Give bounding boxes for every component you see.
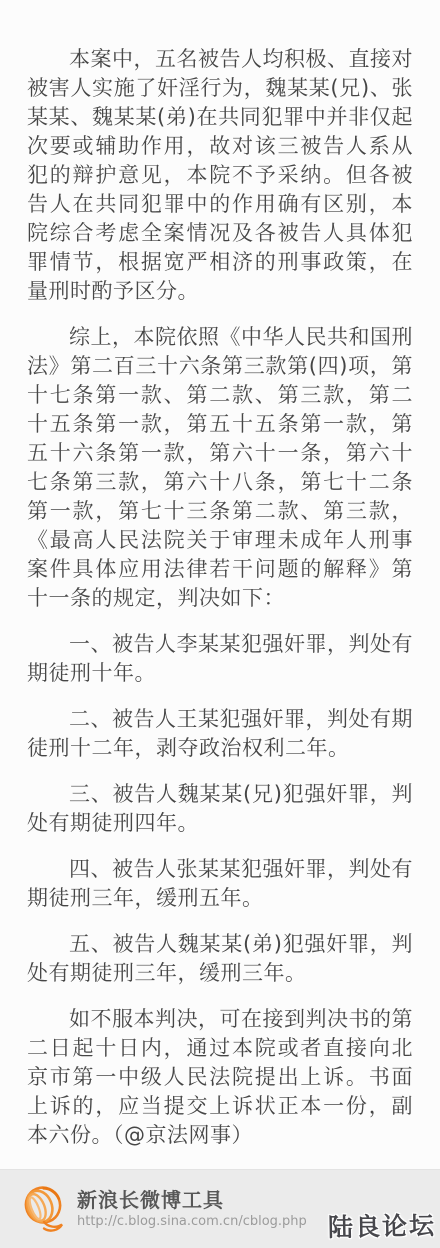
long-weibo-image: 本案中，五名被告人均积极、直接对被害人实施了奸淫行为，魏某某(兄)、张某某、魏某… xyxy=(0,0,440,1248)
paragraph-verdict-item-1: 一、被告人李某某犯强奸罪，判处有期徒刑十年。 xyxy=(27,630,413,688)
watermark: 陆良论坛 xyxy=(328,1206,437,1244)
paragraph-verdict-item-4: 四、被告人张某某犯强奸罪，判处有期徒刑三年，缓刑五年。 xyxy=(27,855,413,913)
app-name: 新浪长微博工具 xyxy=(77,1188,307,1212)
paragraph-appeal-notice: 如不服本判决，可在接到判决书的第二日起十日内，通过本院或者直接向北京市第一中级人… xyxy=(27,1005,413,1150)
footer-branding: 新浪长微博工具 http://c.blog.sina.com.cn/cblog.… xyxy=(77,1188,307,1230)
verdict-text: 本案中，五名被告人均积极、直接对被害人实施了奸淫行为，魏某某(兄)、张某某、魏某… xyxy=(27,45,413,1167)
paragraph-verdict-item-3: 三、被告人魏某某(兄)犯强奸罪，判处有期徒刑四年。 xyxy=(27,780,413,838)
paragraph-verdict-item-5: 五、被告人魏某某(弟)犯强奸罪，判处有期徒刑三年，缓刑三年。 xyxy=(27,930,413,988)
paragraph-legal-basis: 综上，本院依照《中华人民共和国刑法》第二百三十六条第三款第(四)项，第十七条第一… xyxy=(27,323,413,613)
paragraph-sentencing-reasoning: 本案中，五名被告人均积极、直接对被害人实施了奸淫行为，魏某某(兄)、张某某、魏某… xyxy=(27,45,413,306)
app-url: http://c.blog.sina.com.cn/cblog.php xyxy=(77,1214,307,1230)
yarn-ball-icon xyxy=(22,1184,66,1234)
paragraph-verdict-item-2: 二、被告人王某犯强奸罪，判处有期徒刑十二年，剥夺政治权利二年。 xyxy=(27,705,413,763)
